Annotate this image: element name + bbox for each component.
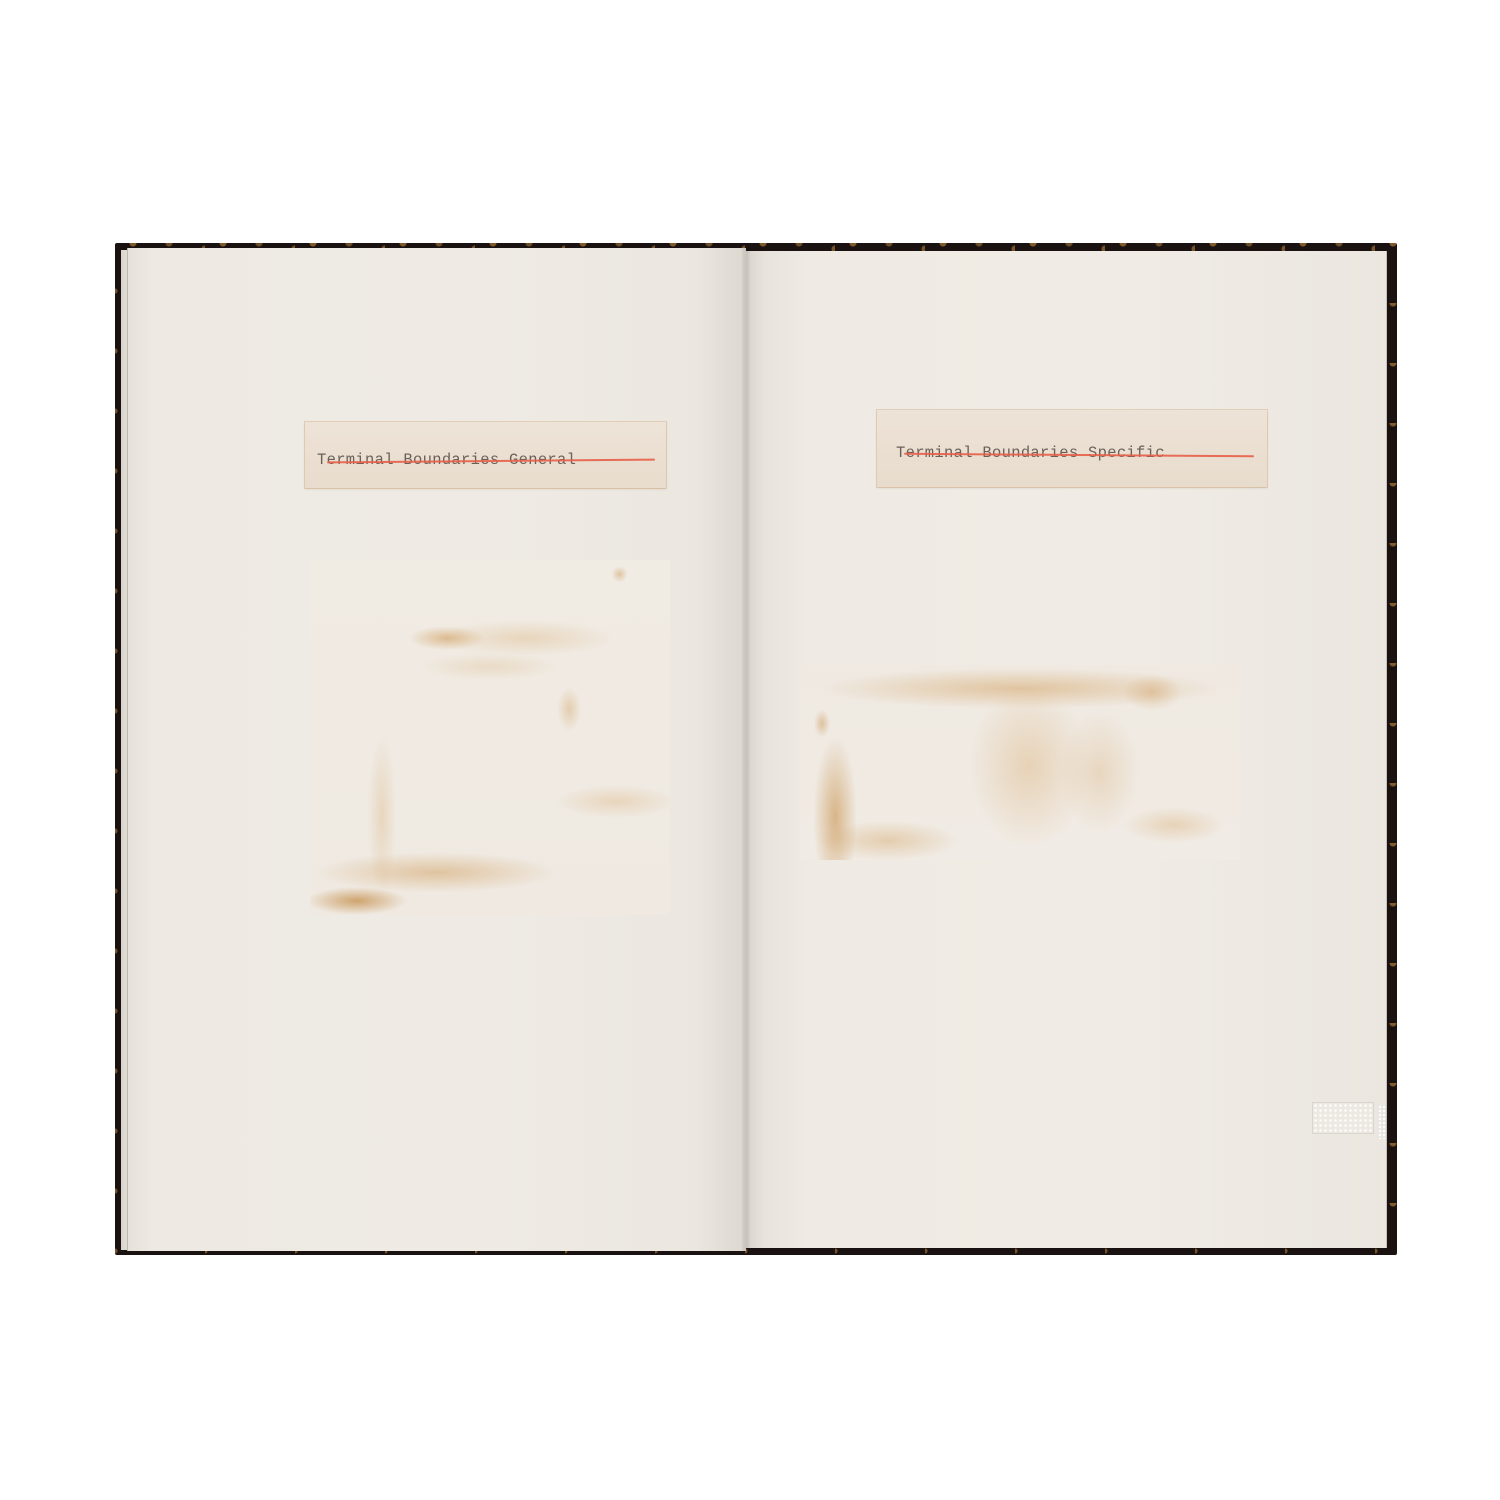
book-spread-photo: Terminal Boundaries General Terminal Bou… [0, 0, 1500, 1500]
left-label-text: Terminal Boundaries General [317, 451, 576, 469]
left-stain-print [310, 560, 670, 915]
book-gutter [742, 248, 750, 1252]
ribbon-bookmark [1313, 1103, 1373, 1133]
right-label-text: Terminal Boundaries Specific [896, 444, 1165, 462]
right-stain-print [800, 665, 1240, 860]
left-page-label: Terminal Boundaries General [305, 422, 666, 488]
ribbon-bookmark-tab [1378, 1105, 1386, 1139]
right-page-label: Terminal Boundaries Specific [877, 410, 1267, 487]
